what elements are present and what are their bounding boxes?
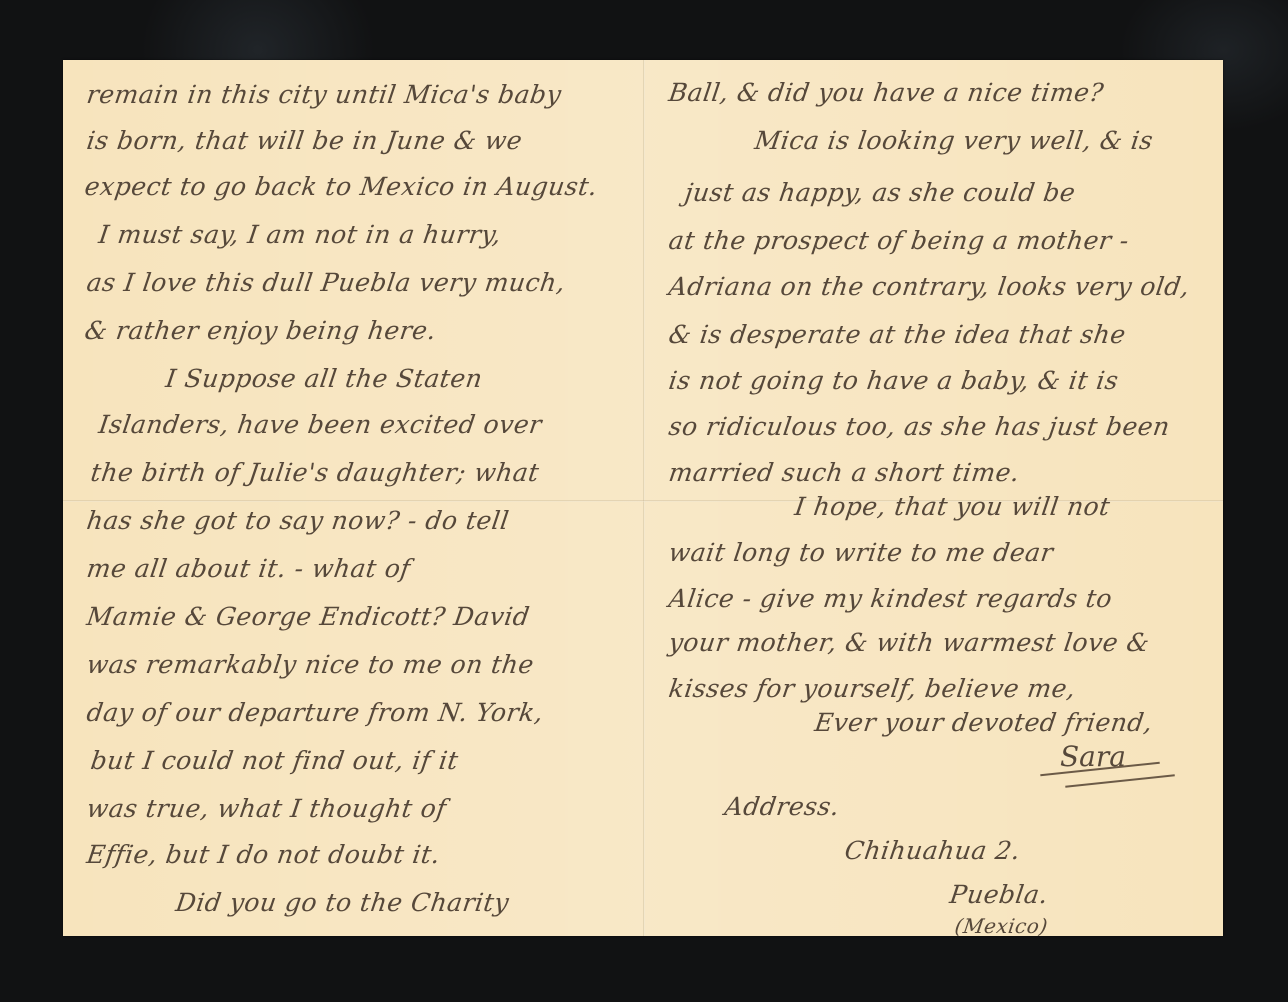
left-page: remain in this city until Mica's baby is…: [81, 68, 641, 928]
address-city: Puebla.: [948, 880, 1050, 909]
left-line-3: expect to go back to Mexico in August.: [83, 172, 599, 201]
right-line-10: I hope, that you will not: [793, 492, 1112, 521]
right-line-13: your mother, & with warmest love &: [667, 628, 1151, 657]
right-line-6: & is desperate at the idea that she: [667, 320, 1128, 349]
right-line-7: is not going to have a baby, & it is: [667, 366, 1120, 395]
right-line-2: Mica is looking very well, & is: [753, 126, 1155, 155]
right-line-9: married such a short time.: [667, 458, 1022, 487]
address-street: Chihuahua 2.: [843, 836, 1022, 865]
letter-sheet: remain in this city until Mica's baby is…: [63, 60, 1223, 936]
right-line-14: kisses for yourself, believe me,: [667, 674, 1078, 703]
right-line-12: Alice - give my kindest regards to: [667, 584, 1114, 613]
right-page: Ball, & did you have a nice time? Mica i…: [665, 68, 1205, 928]
left-line-9: the birth of Julie's daughter; what: [89, 458, 541, 487]
left-line-11: me all about it. - what of: [85, 554, 412, 583]
left-line-1: remain in this city until Mica's baby: [85, 80, 563, 109]
left-line-7: I Suppose all the Staten: [164, 364, 485, 393]
right-line-4: at the prospect of being a mother -: [667, 226, 1131, 255]
right-line-5: Adriana on the contrary, looks very old,: [667, 272, 1192, 301]
right-line-15: Ever your devoted friend,: [813, 708, 1155, 737]
right-line-3: just as happy, as she could be: [683, 178, 1077, 207]
left-line-14: day of our departure from N. York,: [85, 698, 545, 727]
vertical-fold-crease: [643, 60, 645, 936]
left-line-15: but I could not find out, if it: [89, 746, 460, 775]
left-line-6: & rather enjoy being here.: [83, 316, 438, 345]
left-line-13: was remarkably nice to me on the: [85, 650, 536, 679]
address-country: (Mexico): [953, 914, 1049, 938]
left-line-8: Islanders, have been excited over: [97, 410, 544, 439]
right-line-1: Ball, & did you have a nice time?: [667, 78, 1106, 107]
left-line-5: as I love this dull Puebla very much,: [85, 268, 567, 297]
left-line-18: Did you go to the Charity: [174, 888, 511, 917]
right-line-11: wait long to write to me dear: [667, 538, 1055, 567]
left-line-17: Effie, but I do not doubt it.: [85, 840, 442, 869]
left-line-12: Mamie & George Endicott? David: [85, 602, 532, 631]
left-line-10: has she got to say now? - do tell: [85, 506, 511, 535]
left-line-2: is born, that will be in June & we: [85, 126, 524, 155]
address-label: Address.: [723, 792, 841, 821]
right-line-8: so ridiculous too, as she has just been: [667, 412, 1172, 441]
signature-flourish-2: [1065, 774, 1175, 787]
left-line-16: was true, what I thought of: [85, 794, 448, 823]
left-line-4: I must say, I am not in a hurry,: [97, 220, 503, 249]
